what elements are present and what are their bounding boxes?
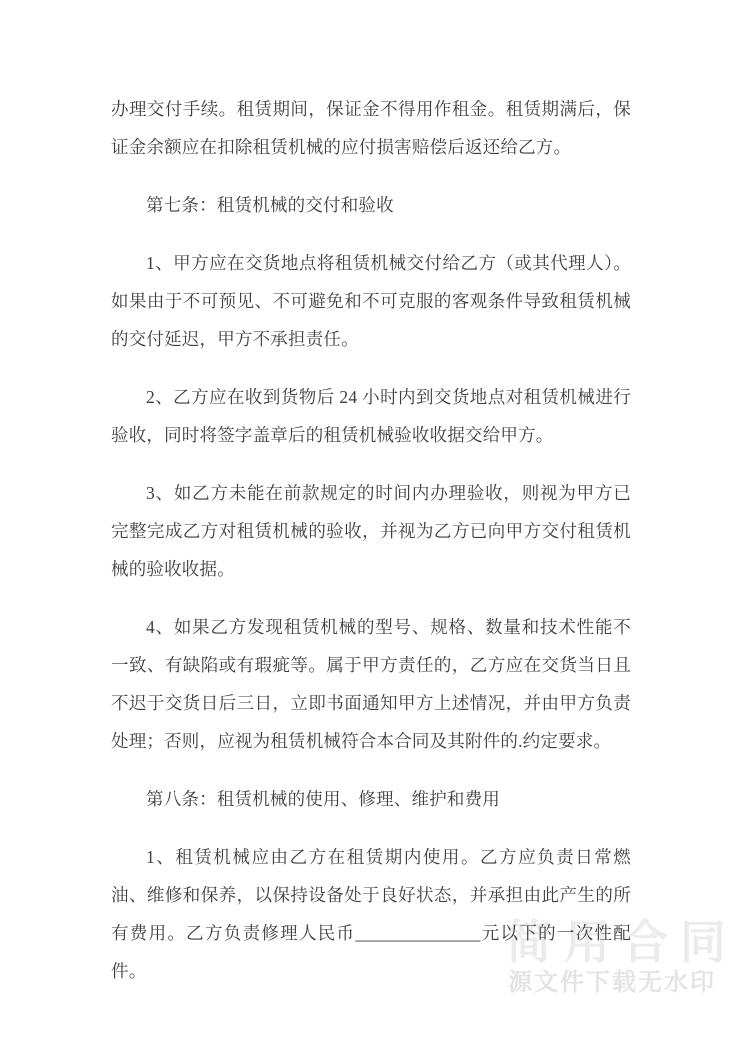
contract-page: 简用合同 源文件下载无水印 办理交付手续。租赁期间，保证金不得用作租金。租赁期满… bbox=[0, 0, 742, 1049]
document-body: 办理交付手续。租赁期间，保证金不得用作租金。租赁期满后，保证金余额应在扣除租赁机… bbox=[111, 90, 631, 990]
article-7-clause-2: 2、乙方应在收到货物后 24 小时内到交货地点对租赁机械进行验收，同时将签字盖章… bbox=[111, 378, 631, 454]
paragraph-continuation: 办理交付手续。租赁期间，保证金不得用作租金。租赁期满后，保证金余额应在扣除租赁机… bbox=[111, 90, 631, 166]
heading-article-8: 第八条：租赁机械的使用、修理、维护和费用 bbox=[111, 780, 631, 818]
article-7-clause-3: 3、如乙方未能在前款规定的时间内办理验收，则视为甲方已完整完成乙方对租赁机械的验… bbox=[111, 474, 631, 588]
article-7-clause-4: 4、如果乙方发现租赁机械的型号、规格、数量和技术性能不一致、有缺陷或有瑕疵等。属… bbox=[111, 608, 631, 760]
heading-article-7: 第七条：租赁机械的交付和验收 bbox=[111, 186, 631, 224]
article-8-clause-1: 1、租赁机械应由乙方在租赁期内使用。乙方应负责日常燃油、维修和保养，以保持设备处… bbox=[111, 838, 631, 990]
article-7-clause-1: 1、甲方应在交货地点将租赁机械交付给乙方（或其代理人）。如果由于不可预见、不可避… bbox=[111, 244, 631, 358]
